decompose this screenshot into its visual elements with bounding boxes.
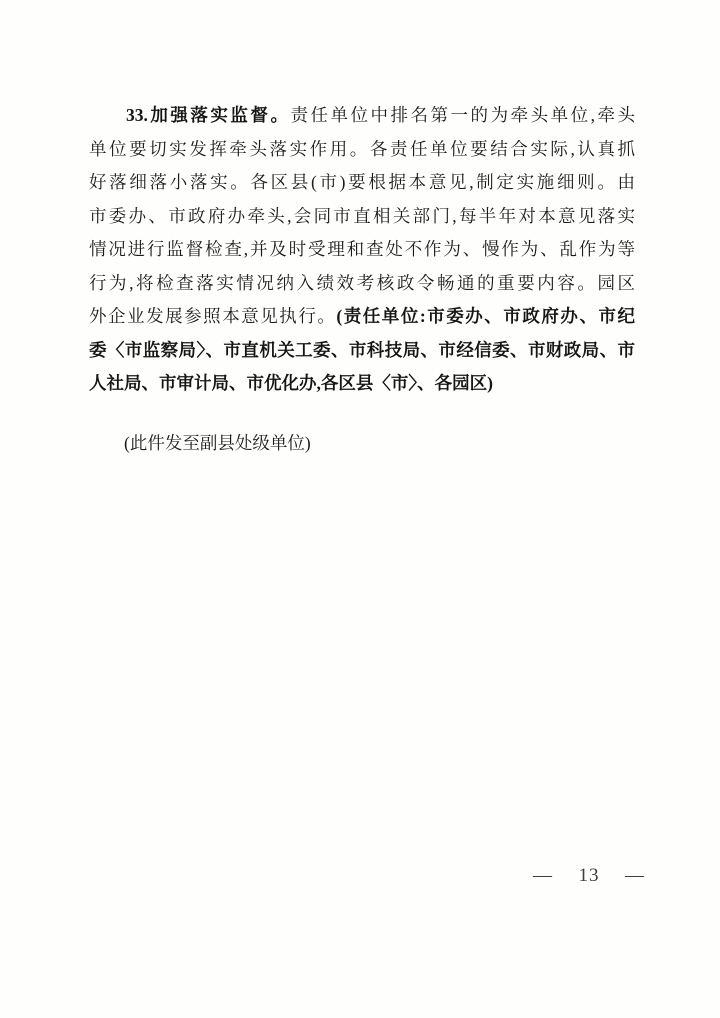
paragraph-line: 情况进行监督检查,并及时受理和查处不作为、慢作为、乱作为等 (89, 233, 635, 267)
body-text: 责任单位中排名第一的为牵头单位,牵头 (290, 105, 635, 125)
distribution-note: (此件发至副县处级单位) (89, 427, 635, 461)
paragraph-line: 好落细落小落实。各区县(市)要根据本意见,制定实施细则。由 (89, 166, 635, 200)
paragraph-line: 市委办、市政府办牵头,会同市直相关部门,每半年对本意见落实 (89, 200, 635, 234)
paragraph-line: 委〈市监察局〉、市直机关工委、市科技局、市经信委、市财政局、市 (89, 334, 635, 368)
responsibility-units-text: 委〈市监察局〉、市直机关工委、市科技局、市经信委、市财政局、市 (89, 340, 635, 360)
document-body: 33.加强落实监督。责任单位中排名第一的为牵头单位,牵头 单位要切实发挥牵头落实… (89, 99, 635, 460)
body-text: 行为,将检查落实情况纳入绩效考核政令畅通的重要内容。园区 (89, 273, 635, 293)
responsibility-units-text: 人社局、市审计局、市优化办,各区县〈市〉、各园区) (89, 373, 493, 393)
paragraph-line: 行为,将检查落实情况纳入绩效考核政令畅通的重要内容。园区 (89, 267, 635, 301)
body-text: 单位要切实发挥牵头落实作用。各责任单位要结合实际,认真抓 (89, 139, 635, 159)
body-text: 市委办、市政府办牵头,会同市直相关部门,每半年对本意见落实 (89, 206, 635, 226)
body-text: 情况进行监督检查,并及时受理和查处不作为、慢作为、乱作为等 (89, 239, 635, 259)
paragraph-line: 单位要切实发挥牵头落实作用。各责任单位要结合实际,认真抓 (89, 133, 635, 167)
paragraph-line: 外企业发展参照本意见执行。(责任单位:市委办、市政府办、市纪 (89, 300, 635, 334)
page-number: — 13 — (533, 864, 645, 888)
responsibility-units-text: (责任单位:市委办、市政府办、市纪 (336, 306, 635, 326)
item-number-and-title: 33.加强落实监督。 (126, 105, 290, 125)
paragraph-line: 人社局、市审计局、市优化办,各区县〈市〉、各园区) (89, 367, 635, 401)
paragraph-line: 33.加强落实监督。责任单位中排名第一的为牵头单位,牵头 (89, 99, 635, 133)
body-text: 好落细落小落实。各区县(市)要根据本意见,制定实施细则。由 (89, 172, 635, 192)
scanned-document-page: 33.加强落实监督。责任单位中排名第一的为牵头单位,牵头 单位要切实发挥牵头落实… (0, 0, 720, 1018)
body-text: 外企业发展参照本意见执行。 (89, 306, 336, 326)
